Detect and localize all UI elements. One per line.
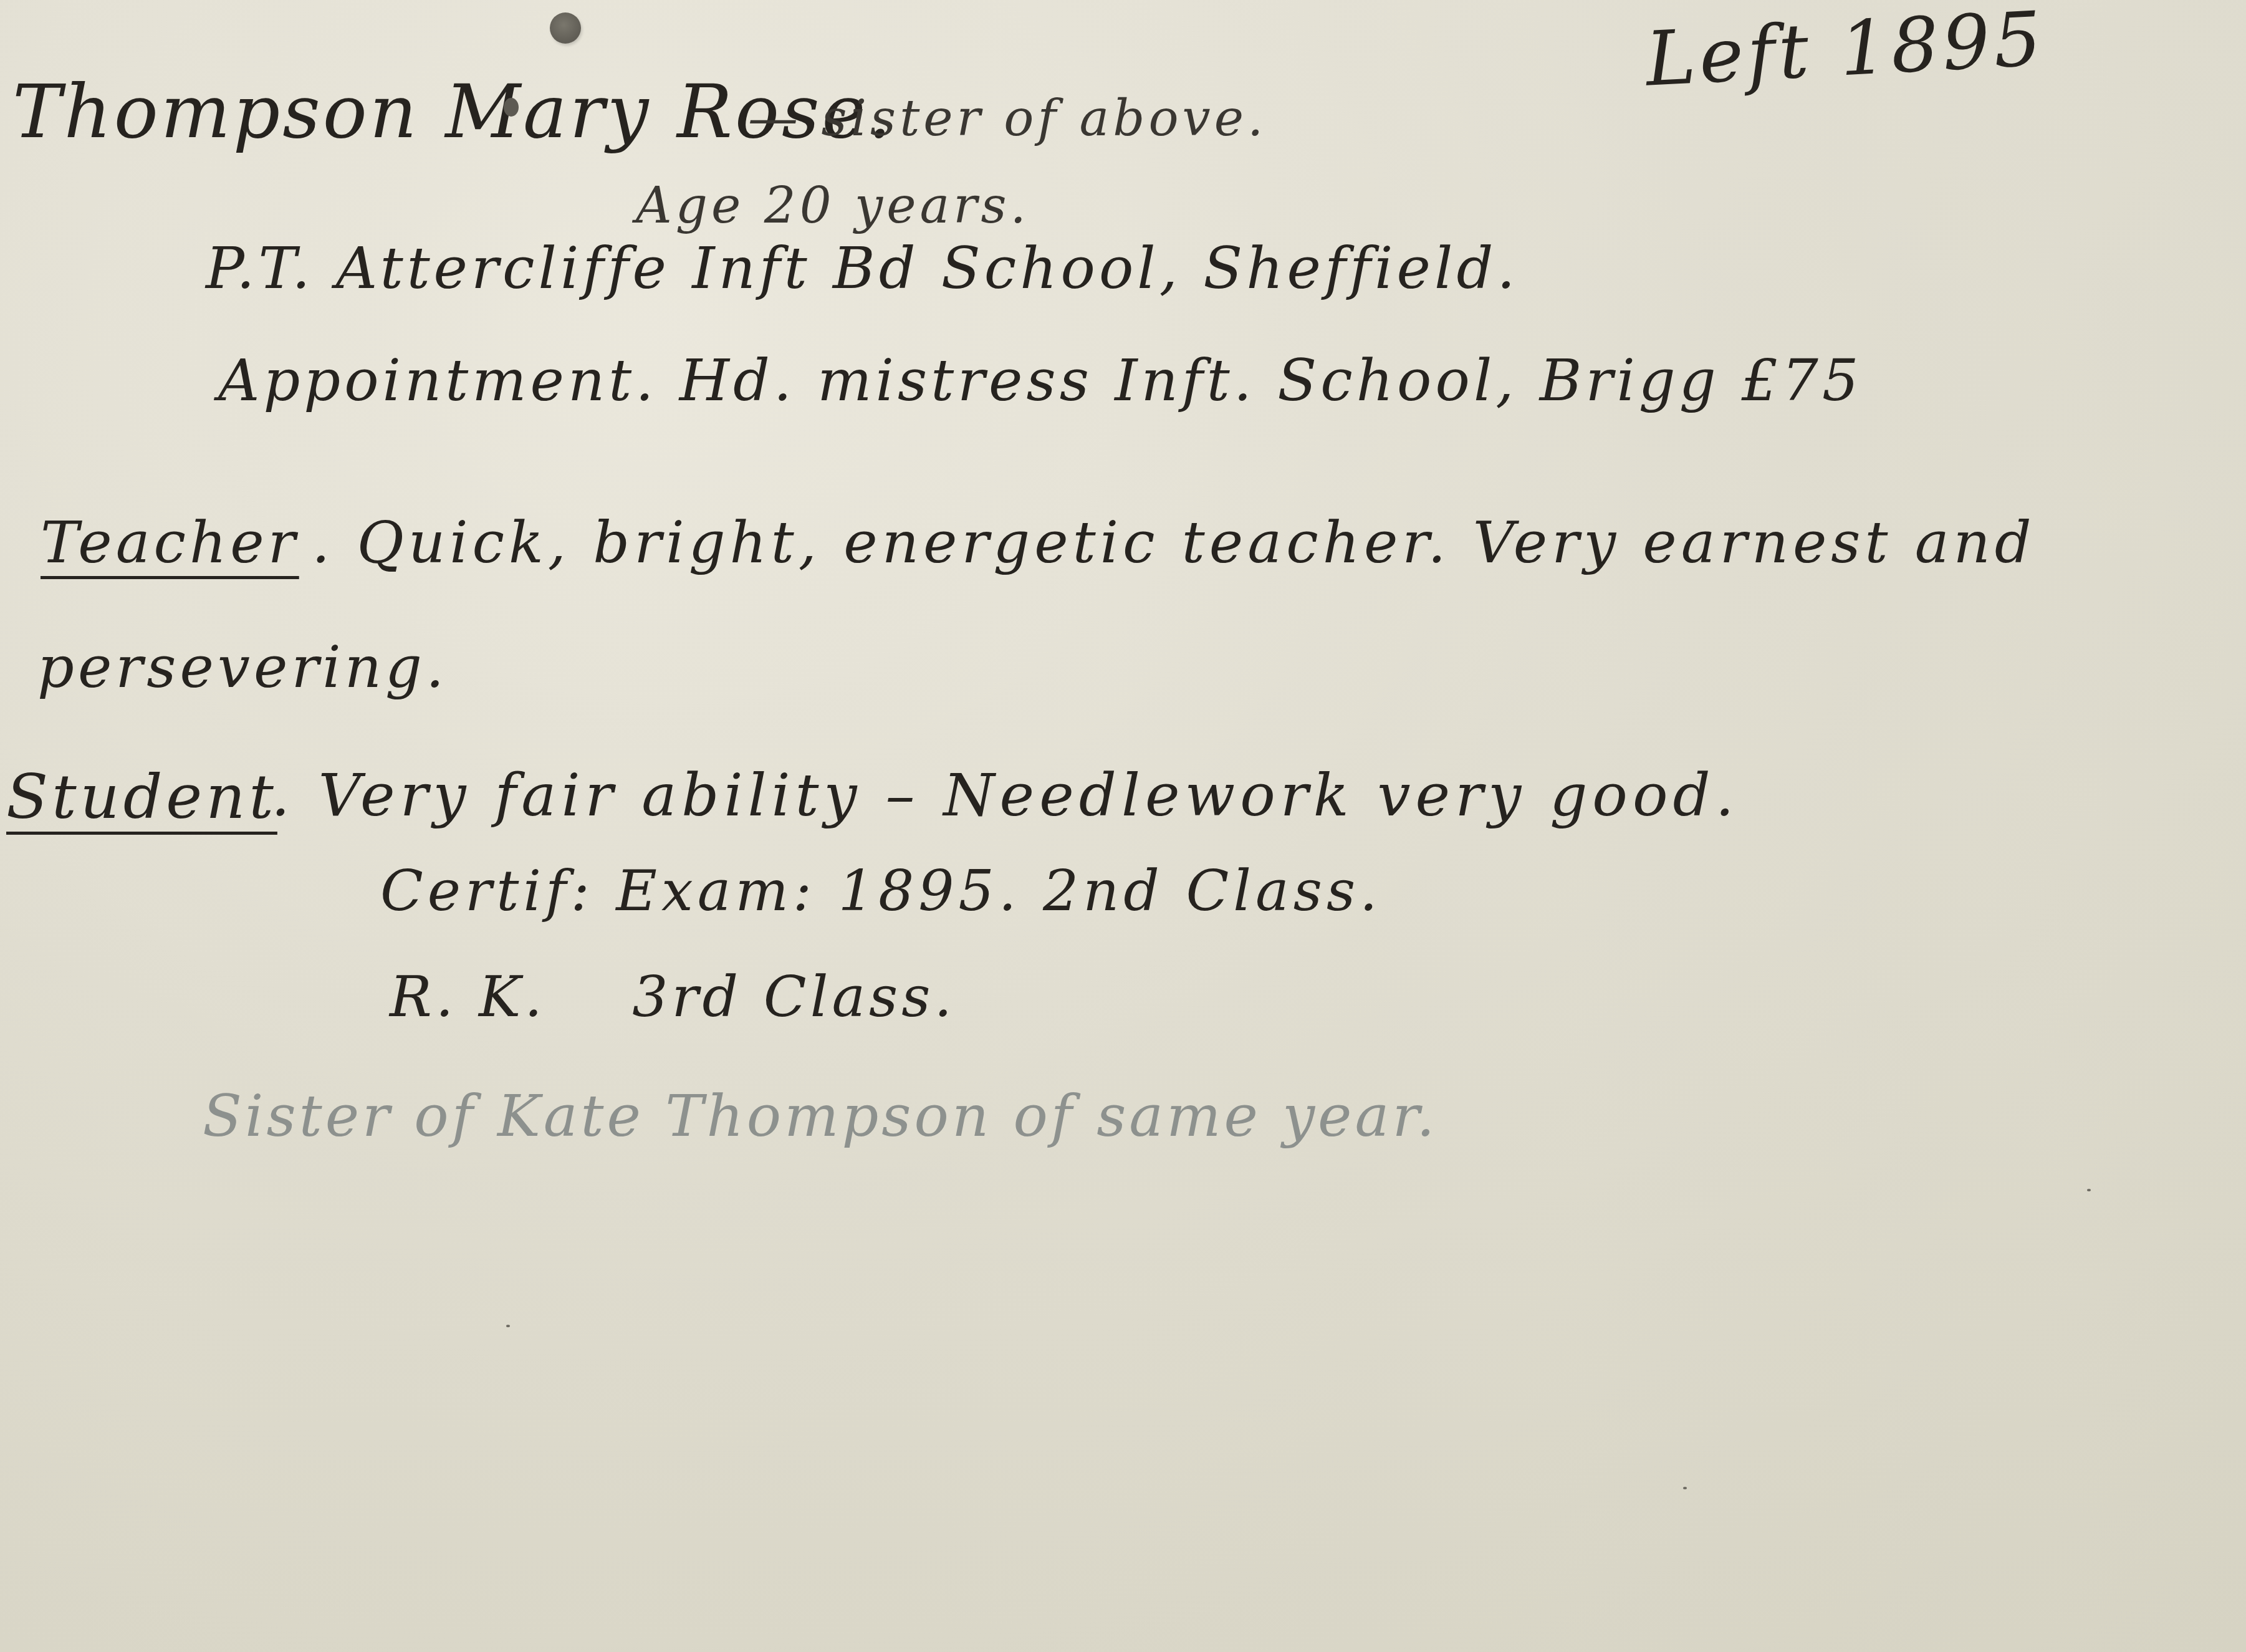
paper-speck [1683,1487,1687,1489]
student-remarks: . Very fair ability – Needlework very go… [271,767,1739,825]
student-label: Student [6,767,277,828]
pencil-annotation: Sister of Kate Thompson of same year. [203,1088,1438,1145]
appointment-line: Appointment. Hd. mistress Inft. School, … [218,352,1862,410]
paper-speck [2087,1189,2091,1191]
teacher-remarks-line2: persevering. [37,639,448,696]
certificate-exam-line: Certif: Exam: 1895. 2nd Class. [380,863,1382,920]
pupil-teacher-line: P.T. Attercliffe Inft Bd School, Sheffie… [206,240,1519,297]
ink-dot [504,98,519,117]
left-year-note: Left 1895 [1644,2,2047,97]
punch-hole [550,12,581,44]
relation-note: — sister of above. [748,94,1267,143]
rk-line: R. K. 3rd Class. [390,969,956,1025]
paper-speck [506,1325,510,1327]
teacher-remarks-line1: . Quick, bright, energetic teacher. Very… [312,514,2036,572]
teacher-label: Teacher [41,514,299,572]
age-line: Age 20 years. [636,181,1030,231]
register-page: Left 1895 Thompson Mary Rose. — sister o… [0,0,2246,1652]
